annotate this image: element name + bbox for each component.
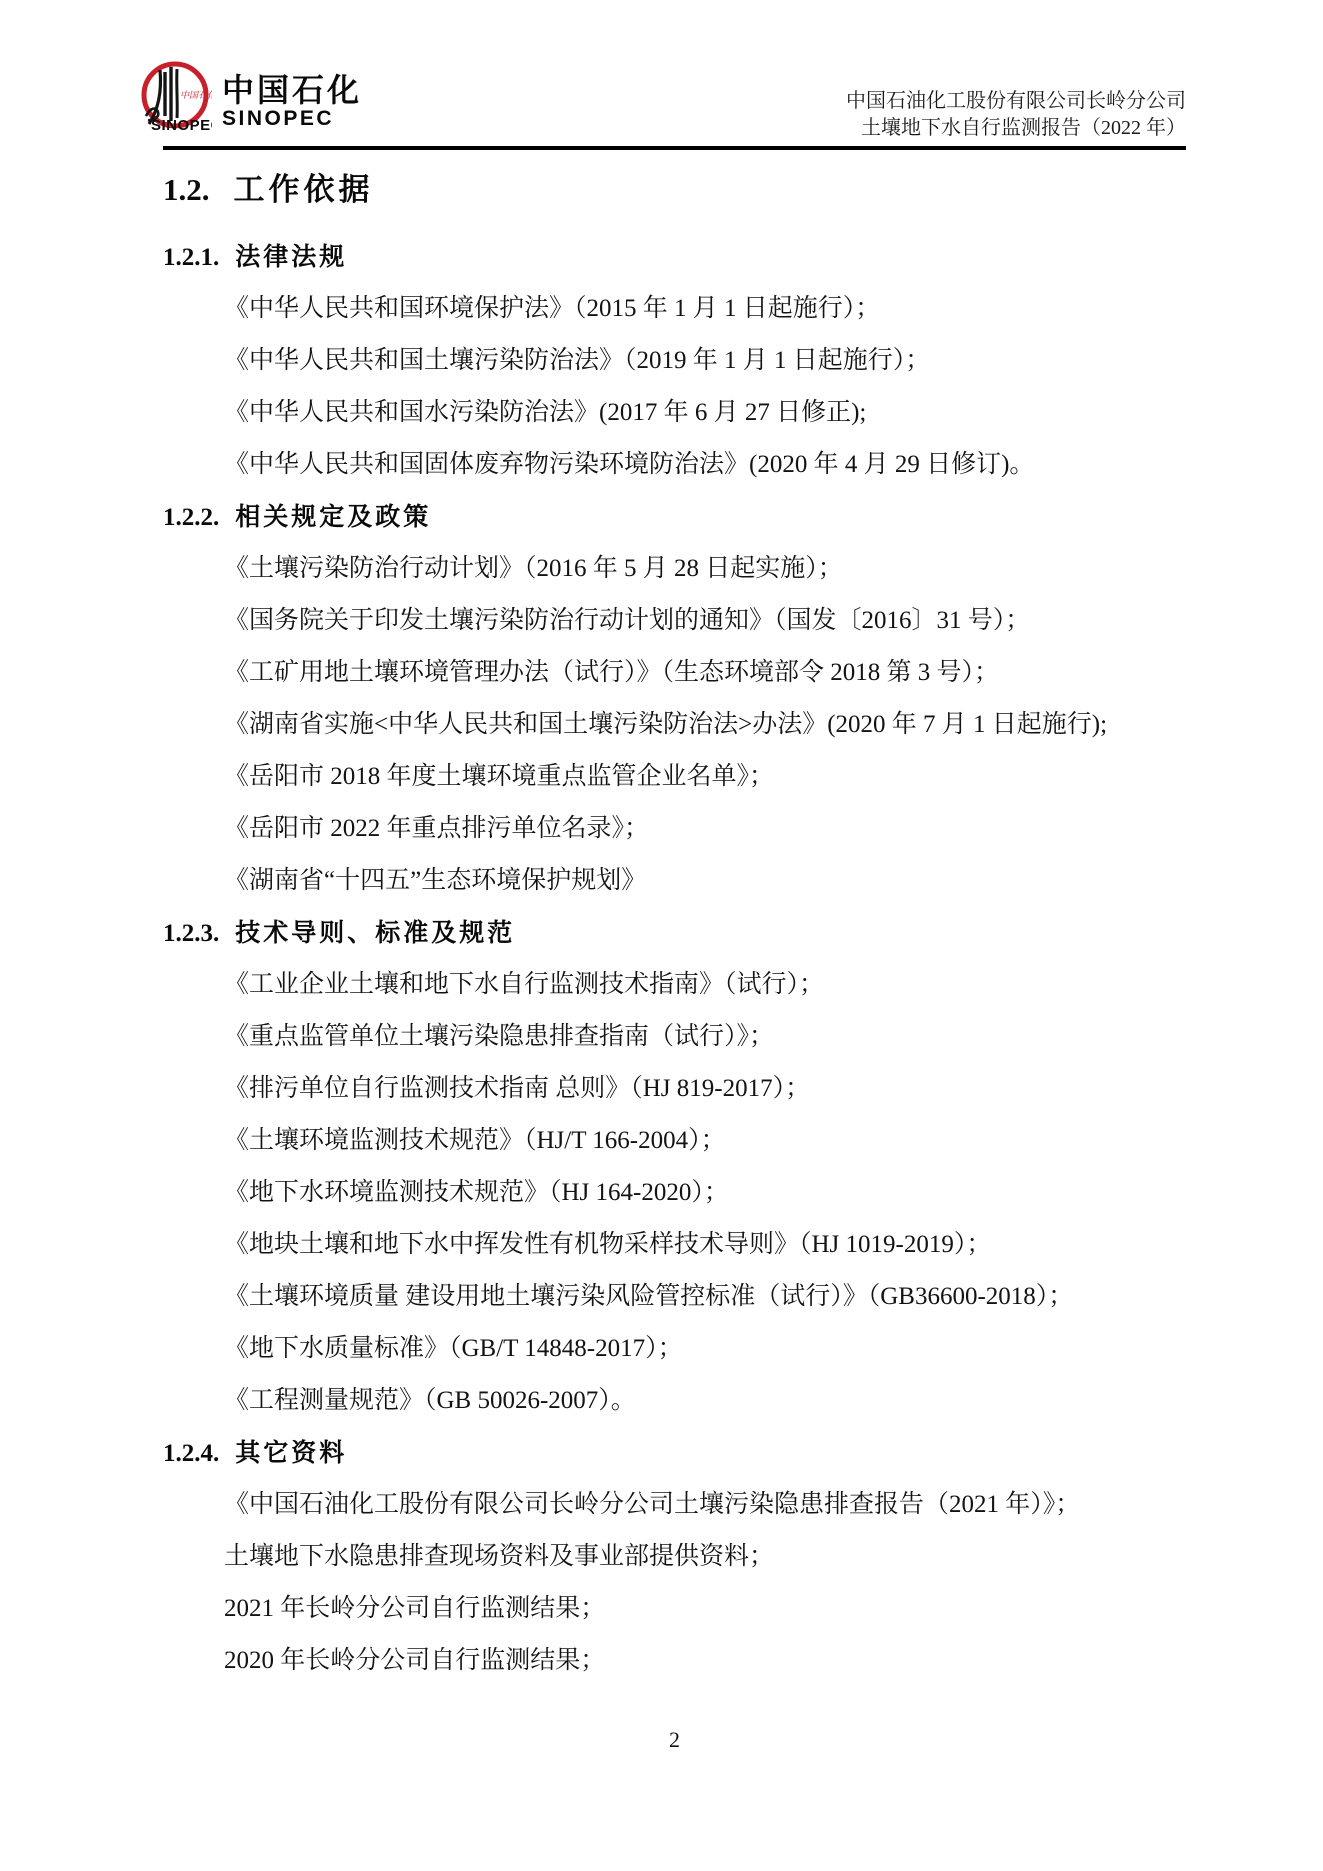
reference-item: 土壤地下水隐患排查现场资料及事业部提供资料； bbox=[163, 1531, 1186, 1583]
reference-item: 《岳阳市 2022 年重点排污单位名录》； bbox=[163, 803, 1186, 855]
subsection-heading: 1.2.2.相关规定及政策 bbox=[163, 491, 1186, 543]
brand-text: 中国石化 SINOPEC bbox=[222, 67, 362, 130]
reference-item: 《中华人民共和国固体废弃物污染环境防治法》(2020 年 4 月 29 日修订)… bbox=[163, 439, 1186, 491]
document-page: 中国石化 SINOPEC 中国石化 SINOPEC 中国石油化工股份有限公司长岭… bbox=[0, 0, 1323, 1871]
reference-item: 《中华人民共和国土壤污染防治法》（2019 年 1 月 1 日起施行）； bbox=[163, 335, 1186, 387]
subsection-number: 1.2.2. bbox=[163, 504, 219, 531]
reference-item: 《工业企业土壤和地下水自行监测技术指南》（试行）； bbox=[163, 959, 1186, 1011]
reference-item: 《中华人民共和国环境保护法》（2015 年 1 月 1 日起施行）； bbox=[163, 283, 1186, 335]
reference-item: 《中华人民共和国水污染防治法》(2017 年 6 月 27 日修正); bbox=[163, 387, 1186, 439]
page-number: 2 bbox=[669, 1727, 680, 1752]
reference-item: 《地下水环境监测技术规范》（HJ 164-2020）； bbox=[163, 1167, 1186, 1219]
reference-item: 2020 年长岭分公司自行监测结果； bbox=[163, 1635, 1186, 1687]
subsection-number: 1.2.1. bbox=[163, 244, 219, 271]
subsection-title: 法律法规 bbox=[235, 243, 347, 271]
reference-item: 《国务院关于印发土壤污染防治行动计划的通知》（国发〔2016〕31 号）； bbox=[163, 595, 1186, 647]
reference-item: 《工矿用地土壤环境管理办法（试行）》（生态环境部令 2018 第 3 号）； bbox=[163, 647, 1186, 699]
reference-item: 2021 年长岭分公司自行监测结果； bbox=[163, 1583, 1186, 1635]
reference-item: 《土壤环境质量 建设用地土壤污染风险管控标准（试行）》（GB36600-2018… bbox=[163, 1271, 1186, 1323]
logo-script-cn: 中国石化 bbox=[180, 90, 212, 100]
subsection-number: 1.2.4. bbox=[163, 1440, 219, 1467]
sinopec-logo-icon: 中国石化 SINOPEC bbox=[134, 58, 212, 138]
header-divider bbox=[163, 146, 1186, 150]
subsection-heading: 1.2.1.法律法规 bbox=[163, 231, 1186, 283]
section-heading: 1.2.工作依据 bbox=[163, 164, 1186, 231]
section-title: 工作依据 bbox=[234, 172, 374, 207]
header-report-line: 土壤地下水自行监测报告（2022 年） bbox=[846, 115, 1186, 142]
reference-item: 《工程测量规范》（GB 50026-2007）。 bbox=[163, 1375, 1186, 1427]
reference-item: 《重点监管单位土壤污染隐患排查指南（试行）》； bbox=[163, 1011, 1186, 1063]
document-content: 1.2.工作依据 1.2.1.法律法规《中华人民共和国环境保护法》（2015 年… bbox=[163, 164, 1186, 1687]
subsection-heading: 1.2.4.其它资料 bbox=[163, 1427, 1186, 1479]
reference-item: 《排污单位自行监测技术指南 总则》（HJ 819-2017）； bbox=[163, 1063, 1186, 1115]
reference-item: 《土壤污染防治行动计划》（2016 年 5 月 28 日起实施）； bbox=[163, 543, 1186, 595]
page-header: 中国石化 SINOPEC 中国石化 SINOPEC 中国石油化工股份有限公司长岭… bbox=[134, 58, 1186, 142]
reference-item: 《土壤环境监测技术规范》（HJ/T 166-2004）； bbox=[163, 1115, 1186, 1167]
reference-item: 《岳阳市 2018 年度土壤环境重点监管企业名单》； bbox=[163, 751, 1186, 803]
subsection-title: 技术导则、标准及规范 bbox=[235, 919, 515, 947]
sinopec-brand: 中国石化 SINOPEC 中国石化 SINOPEC bbox=[134, 58, 362, 138]
reference-item: 《湖南省实施<中华人民共和国土壤污染防治法>办法》(2020 年 7 月 1 日… bbox=[163, 699, 1186, 751]
reference-item: 《地块土壤和地下水中挥发性有机物采样技术导则》（HJ 1019-2019）； bbox=[163, 1219, 1186, 1271]
header-company-line: 中国石油化工股份有限公司长岭分公司 bbox=[846, 88, 1186, 115]
reference-item: 《湖南省“十四五”生态环境保护规划》 bbox=[163, 855, 1186, 907]
brand-name-en: SINOPEC bbox=[222, 107, 362, 130]
subsection-heading: 1.2.3.技术导则、标准及规范 bbox=[163, 907, 1186, 959]
subsection-number: 1.2.3. bbox=[163, 920, 219, 947]
reference-item: 《地下水质量标准》（GB/T 14848-2017）； bbox=[163, 1323, 1186, 1375]
logo-wordmark: SINOPEC bbox=[151, 117, 212, 134]
subsection-title: 相关规定及政策 bbox=[235, 503, 431, 531]
header-report-info: 中国石油化工股份有限公司长岭分公司 土壤地下水自行监测报告（2022 年） bbox=[846, 58, 1186, 142]
reference-item: 《中国石油化工股份有限公司长岭分公司土壤污染隐患排查报告（2021 年）》； bbox=[163, 1479, 1186, 1531]
page-footer: 2 bbox=[163, 1727, 1186, 1753]
section-number: 1.2. bbox=[163, 172, 210, 207]
brand-name-cn: 中国石化 bbox=[222, 73, 362, 107]
subsection-title: 其它资料 bbox=[235, 1439, 347, 1467]
